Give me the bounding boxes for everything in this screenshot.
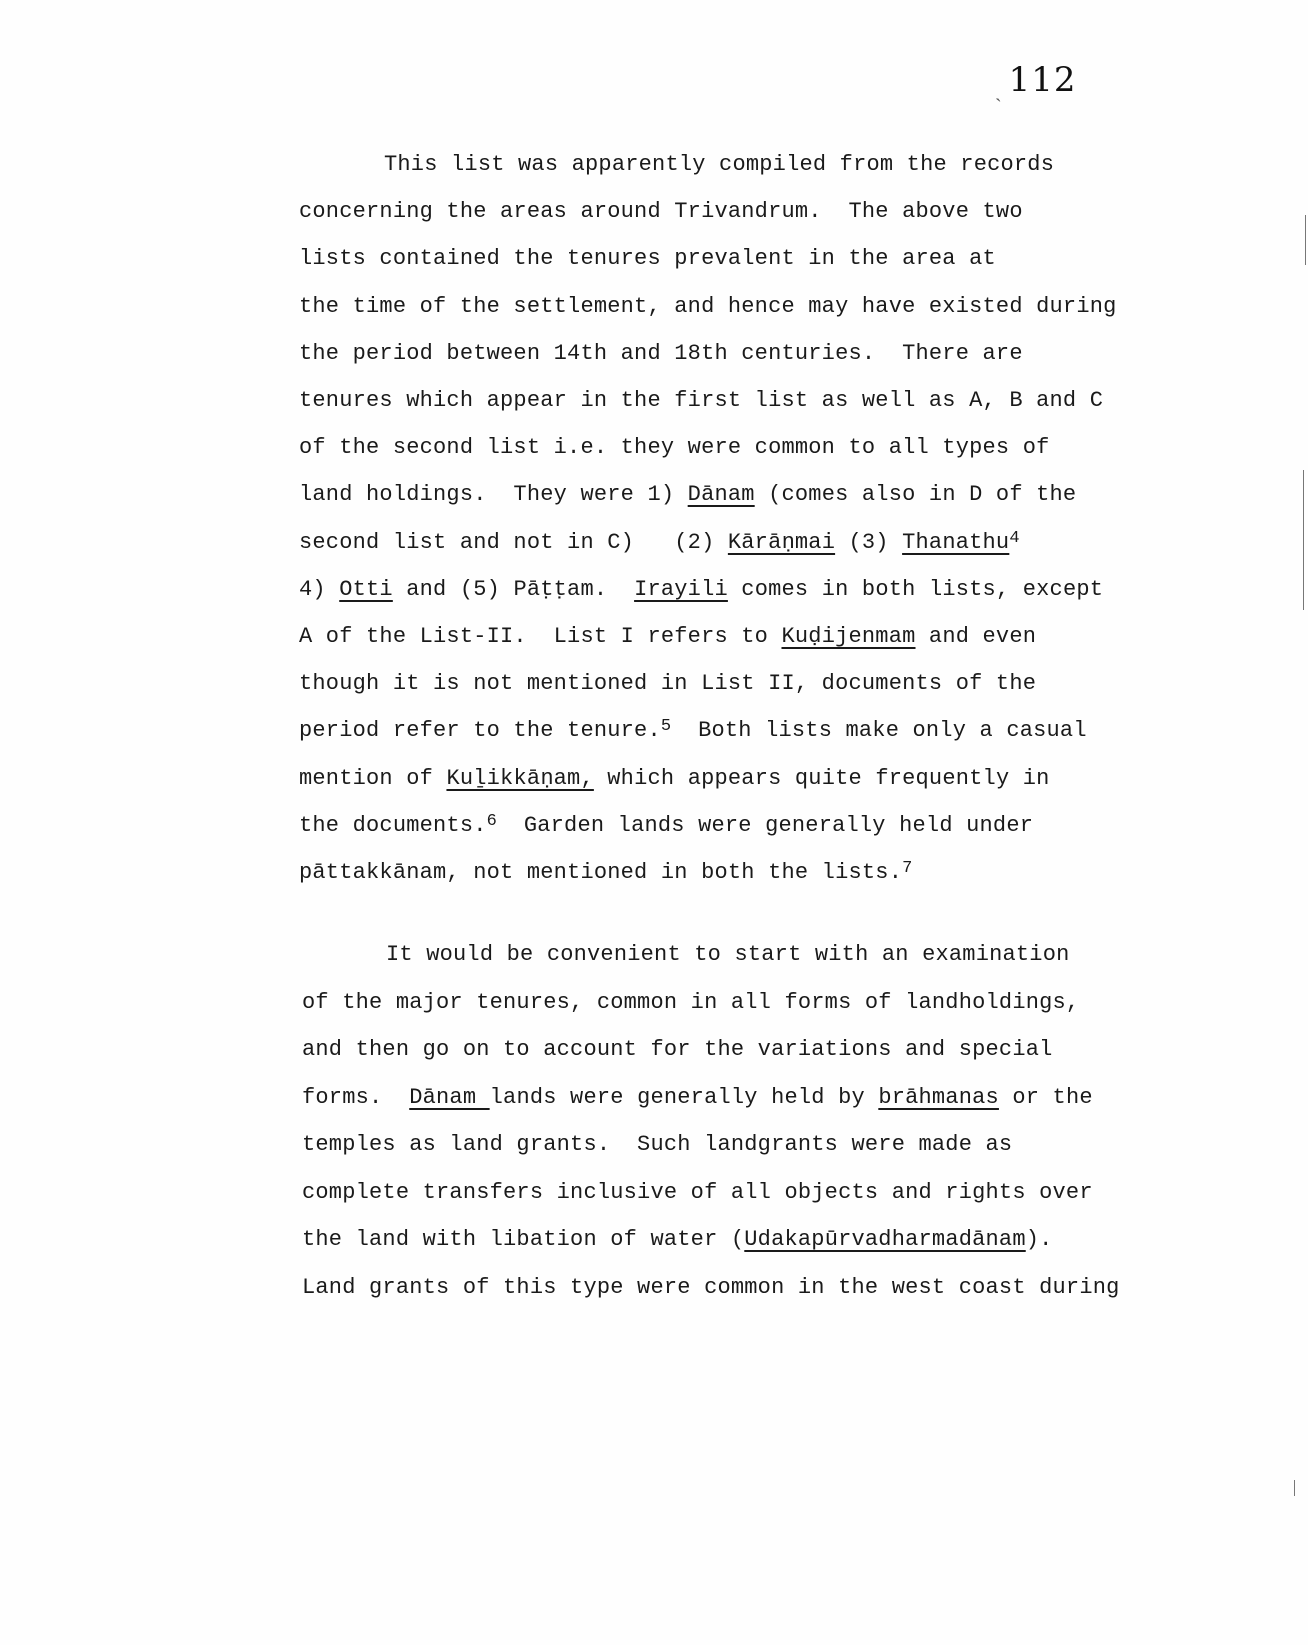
text-line: of the major tenures, common in all form…	[302, 990, 1079, 1015]
text-line: Land grants of this type were common in …	[302, 1275, 1120, 1300]
text-line: temples as land grants. Such landgrants …	[302, 1132, 1012, 1157]
text-segment: the documents.	[299, 813, 487, 838]
text-line: of the second list i.e. they were common…	[299, 435, 1050, 460]
text-line: the documents.6 Garden lands were genera…	[299, 813, 1033, 838]
text-line: though it is not mentioned in List II, d…	[299, 671, 1036, 696]
text-segment: forms.	[302, 1085, 409, 1110]
text-line: This list was apparently compiled from t…	[384, 152, 1054, 177]
text-segment: concerning the areas around Trivandrum. …	[299, 199, 1023, 224]
text-segment: lands were generally held by	[490, 1085, 879, 1110]
underlined-term: brāhmanas	[878, 1085, 999, 1110]
underlined-term: Irayili	[634, 577, 728, 602]
scan-margin-line	[1305, 215, 1306, 265]
text-segment: temples as land grants. Such landgrants …	[302, 1132, 1012, 1157]
text-line: land holdings. They were 1) Dānam (comes…	[299, 482, 1076, 507]
text-line: the land with libation of water (Udakapū…	[302, 1227, 1053, 1252]
text-line: lists contained the tenures prevalent in…	[299, 246, 996, 271]
text-segment: 4)	[299, 577, 339, 602]
footnote-marker: 5	[661, 717, 671, 736]
text-segment: A of the List-II. List I refers to	[299, 624, 781, 649]
text-segment: the period between 14th and 18th centuri…	[299, 341, 1023, 366]
text-line: A of the List-II. List I refers to Kuḍij…	[299, 624, 1036, 649]
footnote-marker: 4	[1009, 529, 1019, 548]
underlined-term: Udakapūrvadharmadānam	[744, 1227, 1025, 1252]
text-segment: tenures which appear in the first list a…	[299, 388, 1103, 413]
text-segment: lists contained the tenures prevalent in…	[299, 246, 996, 271]
underlined-term: Kuḍijenmam	[781, 624, 915, 649]
text-segment: land holdings. They were 1)	[299, 482, 688, 507]
text-segment: second list and not in C) (2)	[299, 530, 728, 555]
text-segment: the land with libation of water (	[302, 1227, 744, 1252]
text-segment: period refer to the tenure.	[299, 718, 661, 743]
text-segment: (3)	[835, 530, 902, 555]
text-line: second list and not in C) (2) Kārāṇmai (…	[299, 530, 1020, 555]
page-number: ˎ112	[995, 60, 1077, 100]
footnote-marker: 7	[902, 859, 912, 878]
text-segment: It would be convenient to start with an …	[386, 942, 1070, 967]
page-number-text: 112	[1009, 60, 1077, 100]
scan-margin-line	[1294, 1480, 1295, 1496]
text-segment: or the	[999, 1085, 1093, 1110]
text-segment: which appears quite frequently in	[594, 766, 1050, 791]
text-segment: the time of the settlement, and hence ma…	[299, 294, 1117, 319]
text-segment: of the major tenures, common in all form…	[302, 990, 1079, 1015]
text-line: and then go on to account for the variat…	[302, 1037, 1053, 1062]
underlined-term: Dānam	[688, 482, 755, 507]
text-line: It would be convenient to start with an …	[386, 942, 1070, 967]
text-line: mention of Kuḻikkāṇam, which appears qui…	[299, 766, 1050, 791]
text-line: 4) Otti and (5) Pāṭṭam. Irayili comes in…	[299, 577, 1103, 602]
text-segment: pāttakkānam, not mentioned in both the l…	[299, 860, 902, 885]
text-segment: Both lists make only a casual	[671, 718, 1086, 743]
text-segment: comes in both lists, except	[728, 577, 1103, 602]
text-segment: This list was apparently compiled from t…	[384, 152, 1054, 177]
scan-mark: ˎ	[995, 78, 1003, 102]
underlined-term: Dānam	[409, 1085, 489, 1110]
text-segment: and (5) Pāṭṭam.	[393, 577, 634, 602]
text-line: pāttakkānam, not mentioned in both the l…	[299, 860, 913, 885]
text-line: the time of the settlement, and hence ma…	[299, 294, 1117, 319]
text-line: complete transfers inclusive of all obje…	[302, 1180, 1093, 1205]
underlined-term: Kārāṇmai	[728, 530, 835, 555]
text-segment: ).	[1026, 1227, 1053, 1252]
text-line: forms. Dānam lands were generally held b…	[302, 1085, 1093, 1110]
footnote-marker: 6	[487, 812, 497, 831]
text-segment: Land grants of this type were common in …	[302, 1275, 1120, 1300]
underlined-term: Thanathu	[902, 530, 1009, 555]
text-segment: mention of	[299, 766, 446, 791]
text-segment: and even	[916, 624, 1037, 649]
text-segment: though it is not mentioned in List II, d…	[299, 671, 1036, 696]
underlined-term: Kuḻikkāṇam,	[446, 766, 593, 791]
text-line: concerning the areas around Trivandrum. …	[299, 199, 1023, 224]
text-line: tenures which appear in the first list a…	[299, 388, 1103, 413]
text-segment: and then go on to account for the variat…	[302, 1037, 1053, 1062]
document-page: ˎ112 This list was apparently compiled f…	[0, 0, 1308, 1645]
text-segment: complete transfers inclusive of all obje…	[302, 1180, 1093, 1205]
text-line: period refer to the tenure.5 Both lists …	[299, 718, 1087, 743]
scan-margin-line	[1303, 470, 1304, 610]
text-segment: of the second list i.e. they were common…	[299, 435, 1050, 460]
text-line: the period between 14th and 18th centuri…	[299, 341, 1023, 366]
underlined-term: Otti	[339, 577, 393, 602]
text-segment: Garden lands were generally held under	[497, 813, 1033, 838]
text-segment: (comes also in D of the	[755, 482, 1077, 507]
